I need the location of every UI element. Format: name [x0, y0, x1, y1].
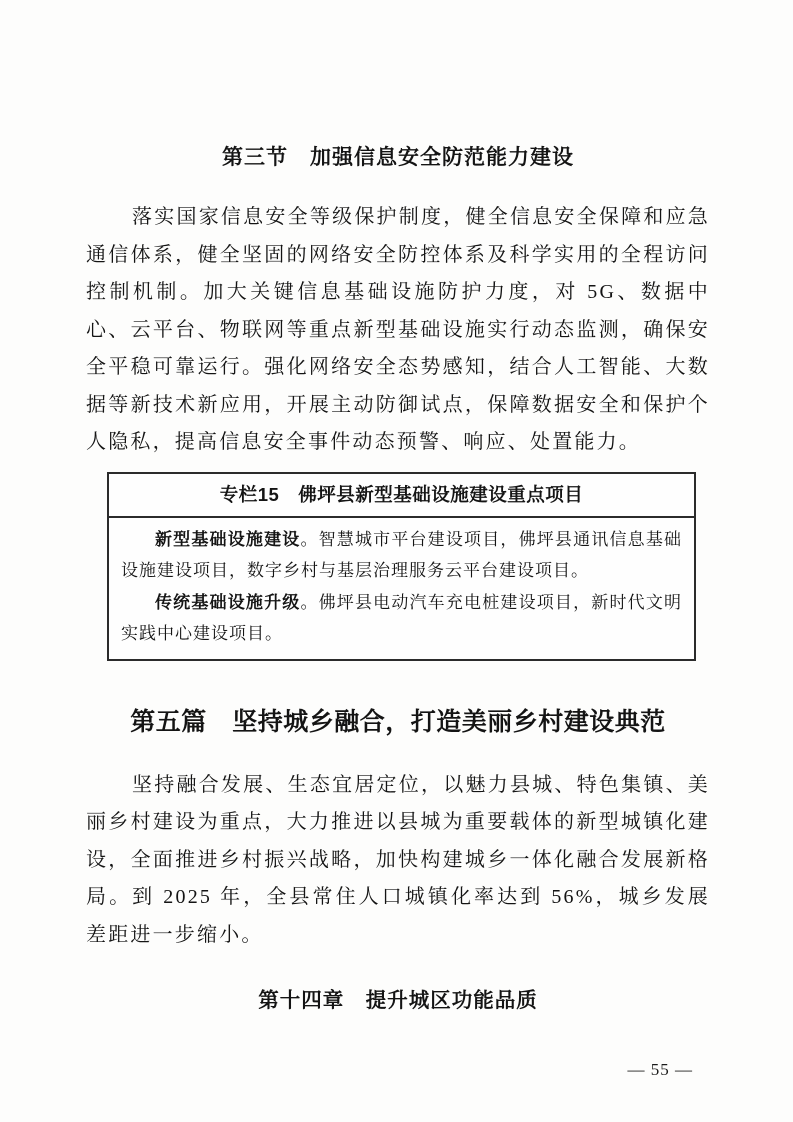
page-content: 第三节 加强信息安全防范能力建设 落实国家信息安全等级保护制度，健全信息安全保障…: [0, 0, 793, 1016]
box-item: 传统基础设施升级。佛坪县电动汽车充电桩建设项目，新时代文明实践中心建设项目。: [121, 587, 682, 650]
column-box-title: 专栏15 佛坪县新型基础设施建设重点项目: [109, 474, 694, 518]
part-paragraph: 坚持融合发展、生态宜居定位，以魅力县城、特色集镇、美丽乡村建设为重点，大力推进以…: [86, 767, 710, 955]
page-number: — 55 —: [628, 1060, 694, 1080]
document-page: 第三节 加强信息安全防范能力建设 落实国家信息安全等级保护制度，健全信息安全保障…: [0, 0, 793, 1122]
part-heading: 第五篇 坚持城乡融合，打造美丽乡村建设典范: [86, 705, 710, 741]
box-item: 新型基础设施建设。智慧城市平台建设项目，佛坪县通讯信息基础设施建设项目，数字乡村…: [121, 524, 682, 587]
box-item-lead: 新型基础设施建设: [155, 530, 300, 549]
section-heading: 第三节 加强信息安全防范能力建设: [86, 143, 710, 173]
column-box: 专栏15 佛坪县新型基础设施建设重点项目 新型基础设施建设。智慧城市平台建设项目…: [107, 472, 696, 661]
box-item-lead: 传统基础设施升级: [155, 593, 300, 612]
section-paragraph: 落实国家信息安全等级保护制度，健全信息安全保障和应急通信体系，健全坚固的网络安全…: [86, 199, 710, 462]
column-box-body: 新型基础设施建设。智慧城市平台建设项目，佛坪县通讯信息基础设施建设项目，数字乡村…: [109, 518, 694, 659]
chapter-heading: 第十四章 提升城区功能品质: [86, 986, 710, 1016]
